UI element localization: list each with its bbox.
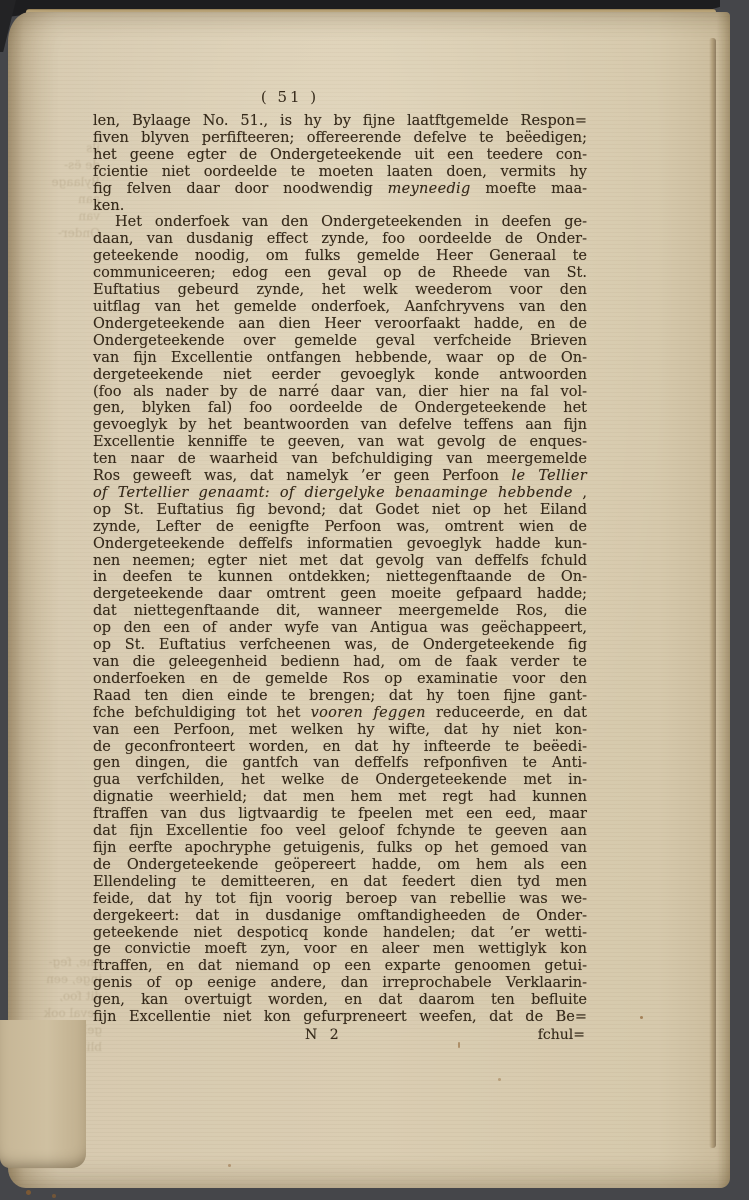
text-line: ken.	[93, 198, 587, 215]
showthrough-fragment: inge, een	[24, 971, 102, 988]
text-line: ge convictie moeft zyn, voor en aleer me…	[93, 941, 587, 958]
text-line: dergeteekende daar omtrent geen moeite g…	[93, 586, 587, 603]
text-line: van fijn Excellentie ontfangen hebbende,…	[93, 350, 587, 367]
text-line: gua verfchilden, het welke de Ondergetee…	[93, 772, 587, 789]
text-line: gen dingen, die gantfch van deffelfs ref…	[93, 755, 587, 772]
text-line: fche befchuldiging tot het vooren feggen…	[93, 705, 587, 722]
foxing-spot	[640, 1016, 643, 1019]
text-line: van een Perfoon, met welken hy wifte, da…	[93, 722, 587, 739]
page: ilsde ës-BylaageaanvanOnder- nne, feg-in…	[8, 12, 730, 1188]
page-number: ( 51 )	[43, 88, 537, 106]
verso-showthrough-upper: ilsde ës-BylaageaanvanOnder-	[22, 140, 100, 242]
text-line: van die geleegenheid bedienn had, om de …	[93, 654, 587, 671]
text-line: gen, blyken fal) foo oordeelde de Onderg…	[93, 400, 587, 417]
text-line: ftraffen, en dat niemand op een exparte …	[93, 958, 587, 975]
text-line: feide, dat hy tot fijn voorig beroep van…	[93, 891, 587, 908]
text-line: Ondergeteekende over gemelde geval verfc…	[93, 333, 587, 350]
text-line: Ondergeteekende deffelfs informatien gev…	[93, 536, 587, 553]
showthrough-fragment: dit foo,	[24, 988, 102, 1005]
text-line: in deefen te kunnen ontdekken; niettegen…	[93, 569, 587, 586]
signature-mark: N 2	[305, 1027, 343, 1043]
text-line: Raad ten dien einde te brengen; dat hy t…	[93, 688, 587, 705]
text-line: Ondergeteekende aan dien Heer veroorfaak…	[93, 316, 587, 333]
text-line: daan, van dusdanig effect zynde, foo oor…	[93, 231, 587, 248]
text-line: op St. Euftatius verfcheenen was, de Ond…	[93, 637, 587, 654]
showthrough-fragment: van	[22, 208, 100, 225]
showthrough-fragment: aan	[22, 191, 100, 208]
foxing-spot	[52, 1194, 56, 1198]
text-line: of Tertellier genaamt: of diergelyke ben…	[93, 485, 587, 502]
text-line: dergeteekende niet eerder gevoeglyk kond…	[93, 367, 587, 384]
text-line: (foo als nader by de narré daar van, die…	[93, 384, 587, 401]
text-line: dat niettegenftaande dit, wanneer meerge…	[93, 603, 587, 620]
text-line: fijn Excellentie niet kon gefurpreneert …	[93, 1009, 587, 1026]
text-line: fijn eerfte apochryphe getuigenis, fulks…	[93, 840, 587, 857]
text-line: Het onderfoek van den Ondergeteekenden i…	[93, 214, 587, 231]
text-line: zynde, Lefter de eenigfte Perfoon was, o…	[93, 519, 587, 536]
text-line: Ros geweeft was, dat namelyk ’er geen Pe…	[93, 468, 587, 485]
text-line: dergekeert: dat in dusdanige omftandighe…	[93, 908, 587, 925]
foxing-spot	[498, 1078, 501, 1081]
text-block: ( 51 ) len, Bylaage No. 51., is hy by fi…	[93, 88, 587, 1044]
text-line: geteekende noodig, om fulks gemelde Heer…	[93, 248, 587, 265]
text-line: het geene egter de Ondergeteekende uit e…	[93, 147, 587, 164]
text-line: fiven blyven perfifteeren; offereerende …	[93, 130, 587, 147]
body-text: len, Bylaage No. 51., is hy by fijne laa…	[93, 113, 587, 1026]
text-line: uitflag van het gemelde onderfoek, Aanfc…	[93, 299, 587, 316]
text-line: len, Bylaage No. 51., is hy by fijne laa…	[93, 113, 587, 130]
text-line: gen, kan overtuigt worden, en dat daarom…	[93, 992, 587, 1009]
text-line: dignatie weerhield; dat men hem met regt…	[93, 789, 587, 806]
showthrough-fragment: ils	[22, 140, 100, 157]
text-line: de Ondergeteekende geöpereert hadde, om …	[93, 857, 587, 874]
showthrough-fragment: Bylaage	[22, 174, 100, 191]
text-line: gevoeglyk by het beantwoorden van defelv…	[93, 417, 587, 434]
text-line: op den een of ander wyfe van Antigua was…	[93, 620, 587, 637]
text-line: ftraffen van dus ligtvaardig te fpeelen …	[93, 806, 587, 823]
text-line: de geconfronteert worden, en dat hy inft…	[93, 739, 587, 756]
underlying-page-edge	[0, 1020, 86, 1168]
text-line: nen neemen; egter niet met dat gevolg va…	[93, 553, 587, 570]
showthrough-fragment: de ës-	[22, 157, 100, 174]
text-line: fcientie niet oordeelde te moeten laaten…	[93, 164, 587, 181]
text-line: fig felven daar door noodwendig meyneedi…	[93, 181, 587, 198]
text-line: Euftatius gebeurd zynde, het welk weeder…	[93, 282, 587, 299]
text-line: genis of op eenige andere, dan irreproch…	[93, 975, 587, 992]
showthrough-fragment: nne, feg-	[24, 954, 102, 971]
signature-line: N 2 fchul=	[93, 1027, 587, 1044]
text-line: onderfoeken en de gemelde Ros op examina…	[93, 671, 587, 688]
text-line: dat fijn Excellentie foo veel geloof fch…	[93, 823, 587, 840]
showthrough-fragment: Onder-	[22, 225, 100, 242]
text-line: Ellendeling te demitteeren, en dat feede…	[93, 874, 587, 891]
foxing-spot	[26, 1190, 31, 1195]
text-line: ten naar de waarheid van befchuldiging v…	[93, 451, 587, 468]
text-line: op St. Euftatius fig bevond; dat Godet n…	[93, 502, 587, 519]
text-line: communiceeren; edog een geval op de Rhee…	[93, 265, 587, 282]
text-line: geteekende niet despoticq konde handelen…	[93, 925, 587, 942]
foxing-spot	[228, 1164, 231, 1167]
page-edge-stack-right	[709, 38, 716, 1148]
catchword: fchul=	[538, 1027, 585, 1043]
text-line: Excellentie kenniffe te geeven, van wat …	[93, 434, 587, 451]
scanned-book-page: ilsde ës-BylaageaanvanOnder- nne, feg-in…	[0, 0, 749, 1200]
